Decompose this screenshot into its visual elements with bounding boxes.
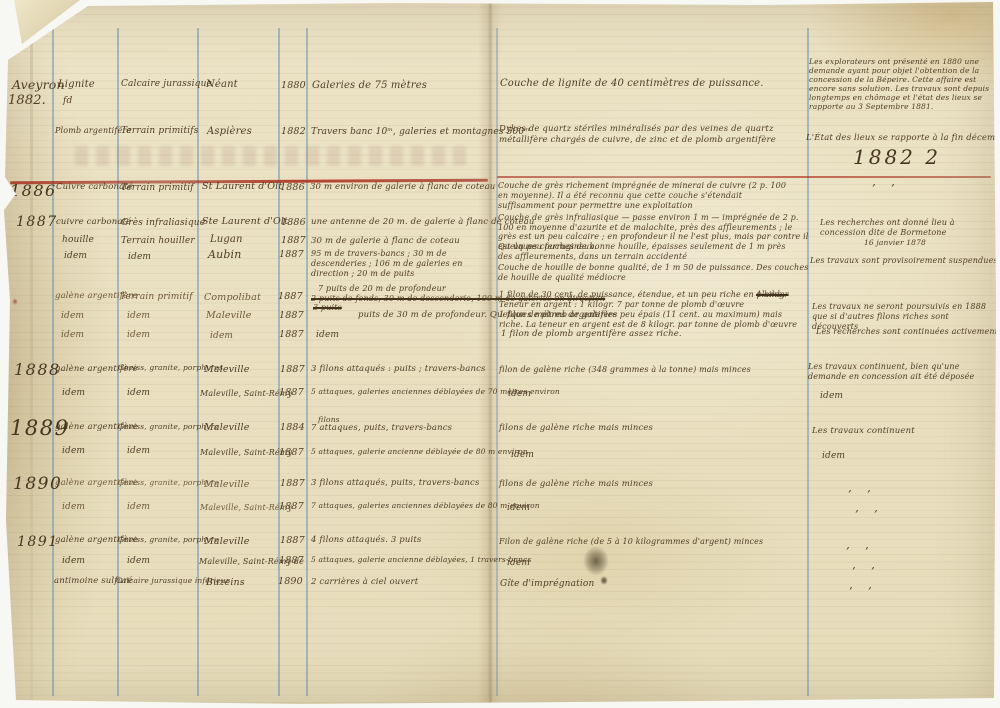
commune-cell: Aspières [207, 126, 252, 138]
work-year-cell: 1887 [279, 388, 304, 399]
nature-cell: filons de galène riche mais minces [499, 480, 653, 490]
works-cell: 3 filons attaqués, puits, travers-bancs [311, 479, 479, 489]
work-year-cell: 1887 [279, 502, 304, 513]
red-margin-tick [12, 298, 18, 305]
work-year-cell: 1887 [279, 556, 304, 567]
substance-cell: idem [62, 556, 85, 566]
ditto-mark: ’ ’ [852, 566, 881, 579]
work-year-cell: 1887 [279, 330, 304, 341]
nature-cell: Couche de houille de bonne qualité, de 1… [498, 263, 810, 283]
terrain-cell: idem [127, 311, 150, 321]
work-year-cell: 1887 [279, 448, 304, 459]
observation-cell: Les travaux continuent, bien qu'une dema… [808, 362, 994, 382]
works-cell: 95 m de travers-bancs ; 30 m de descende… [311, 249, 487, 279]
substance-cell: Plomb argentifère [55, 126, 131, 135]
substance-cell: idem [61, 330, 84, 340]
work-year-cell: 1887 [280, 536, 305, 547]
commune-cell: idem [210, 331, 233, 341]
terrain-cell: idem [128, 252, 151, 262]
substance-cell: idem [64, 251, 87, 261]
ditto-mark: ’ ’ [849, 586, 878, 599]
nature-cell: idem [507, 503, 530, 513]
terrain-cell: Terrain primitif [120, 292, 193, 302]
terrain-cell: idem [127, 388, 150, 398]
page-gutter [478, 0, 502, 708]
substance-cell: idem [61, 311, 84, 321]
terrain-cell: idem [127, 330, 150, 340]
works-cell: 30 m de galerie à flanc de coteau [311, 237, 460, 247]
commune-cell: Lugan [210, 234, 243, 246]
column-rule [306, 28, 308, 696]
nature-cell: idem [508, 389, 531, 399]
red-separator-line [497, 176, 991, 178]
observation-cell: Les travaux sont provisoirement suspendu… [810, 256, 1000, 265]
nature-cell: filons de galène riche mais minces [499, 424, 653, 434]
works-cell: idem [316, 330, 339, 340]
works-cell: 7 attaques, puits, travers-bancs [311, 424, 452, 434]
nature-cell: idem [507, 558, 530, 568]
ink-blot [600, 576, 608, 585]
works-cell: Galeries de 75 mètres [312, 80, 427, 92]
work-year-cell: 1887 [280, 479, 305, 490]
terrain-cell: idem [127, 556, 150, 566]
commune-cell: Compolibat [204, 293, 261, 304]
year-group-label: 1891 [17, 534, 59, 550]
commune-cell: Ste Laurent d'Olt [202, 217, 288, 228]
works-cell: 30 m environ de galerie à flanc de cotea… [310, 183, 495, 193]
observation-cell: idem [822, 451, 845, 461]
nature-cell: Quelques couches de bonne houille, épais… [498, 242, 798, 262]
substance-cell: idem [62, 502, 85, 512]
works-insert: 7 puits de 20 m de profondeur [318, 284, 446, 293]
observation-cell: Les recherches ont donné lieu à concessi… [820, 218, 992, 238]
work-year-cell: 1887 [281, 236, 306, 247]
substance-cell: idem [62, 388, 85, 398]
commune-cell: Néant [206, 79, 238, 91]
year-group-label: 1888 [14, 361, 61, 379]
terrain-cell: idem [127, 502, 150, 512]
commune-cell: Maleville [206, 311, 252, 322]
work-year-cell: 1886 [281, 218, 306, 229]
work-year-cell: 1880 [281, 81, 306, 92]
terrain-cell: idem [127, 446, 150, 456]
observation-note: L'État des lieux se rapporte à la fin dé… [806, 134, 1000, 144]
work-year-cell: 1884 [280, 423, 305, 434]
ink-blot [583, 546, 609, 576]
substance-cell: Lignite [58, 79, 95, 91]
commune-cell: Aubin [208, 249, 241, 262]
nature-cell: 1 filon de plomb argentifère assez riche… [501, 330, 682, 340]
observation-note: Les explorateurs ont présenté en 1880 un… [809, 57, 993, 111]
nature-cell: Dykes de quartz stériles minéralisés par… [499, 124, 811, 146]
observation-cell: Les recherches sont continuées activemen… [816, 327, 1000, 336]
region-label: Aveyron [12, 78, 65, 92]
commune-cell: Buzeins [206, 578, 245, 589]
substance-cell: houille [62, 235, 94, 245]
works-cell: 2 carrières à ciel ouvert [311, 578, 418, 588]
substance-note: fd [63, 96, 72, 106]
work-year-cell: 1882 [281, 127, 306, 138]
commune-cell: Maleville [204, 365, 250, 376]
ditto-mark: ’ ’ [848, 489, 877, 502]
observation-date: 16 janvier 1878 [864, 239, 926, 248]
nature-cell-struck: 4 kilogr [756, 290, 789, 299]
work-year-cell: 1886 [280, 183, 305, 194]
commune-cell: St Laurent d'Olt [202, 182, 282, 193]
scanned-ledger-document: Aveyron 1882. 1886 1887 1888 1889 1890 1… [0, 0, 1000, 708]
commune-cell: Maleville [204, 537, 250, 548]
nature-cell: idem [511, 450, 534, 460]
terrain-cell: Terrain primitif [121, 183, 194, 193]
ditto-mark: ’ ’ [855, 509, 884, 522]
ledger-paper: Aveyron 1882. 1886 1887 1888 1889 1890 1… [0, 0, 1000, 708]
ink-showthrough [75, 146, 473, 166]
substance-cell: idem [62, 446, 85, 456]
work-year-cell: 1887 [280, 365, 305, 376]
year-group-label: 1886 [10, 182, 57, 200]
terrain-cell: Terrain primitifs [121, 126, 199, 136]
commune-cell: Maleville [204, 480, 250, 491]
ditto-mark: ’ ’ [872, 183, 901, 196]
nature-cell: 1 filon de plomb argentifère peu épais (… [499, 310, 799, 330]
nature-cell: 1 filon de 30 cent. de puissance, étendu… [499, 290, 789, 310]
observation-cell: Les travaux continuent [812, 427, 915, 437]
year-group-label: 1887 [16, 214, 58, 230]
ditto-mark: ’ ’ [846, 546, 875, 559]
work-year-cell: 1887 [279, 311, 304, 322]
terrain-cell: Grès infraliasique [121, 218, 205, 228]
works-cell: 4 filons attaqués. 3 puits [311, 536, 421, 546]
nature-cell: Couche de grès richement imprégnée de mi… [498, 181, 798, 211]
terrain-cell: Terrain houiller [121, 236, 195, 246]
nature-cell: Couche de lignite de 40 centimètres de p… [500, 78, 764, 90]
works-cell: 3 filons attaqués : puits ; travers-banc… [311, 365, 486, 375]
nature-cell: Filon de galène riche (de 5 à 10 kilogra… [499, 537, 763, 546]
works-cell-struck: 3 puits [313, 303, 342, 312]
observation-cell: idem [820, 391, 843, 401]
work-year-cell: 1890 [278, 577, 303, 588]
works-cell: 7 attaques, galeries anciennes déblayées… [311, 502, 540, 511]
commune-cell: Maleville [204, 423, 250, 434]
observation-year: 1882 2 [853, 146, 941, 169]
column-rule [278, 28, 280, 696]
region-year: 1882. [8, 94, 46, 109]
work-year-cell: 1887 [278, 292, 303, 303]
work-year-cell: 1887 [279, 250, 304, 261]
nature-cell: filon de galène riche (348 grammes à la … [499, 365, 751, 374]
nature-cell: Gîte d'imprégnation [500, 579, 594, 589]
terrain-cell: Calcaire jurassique [121, 79, 212, 89]
